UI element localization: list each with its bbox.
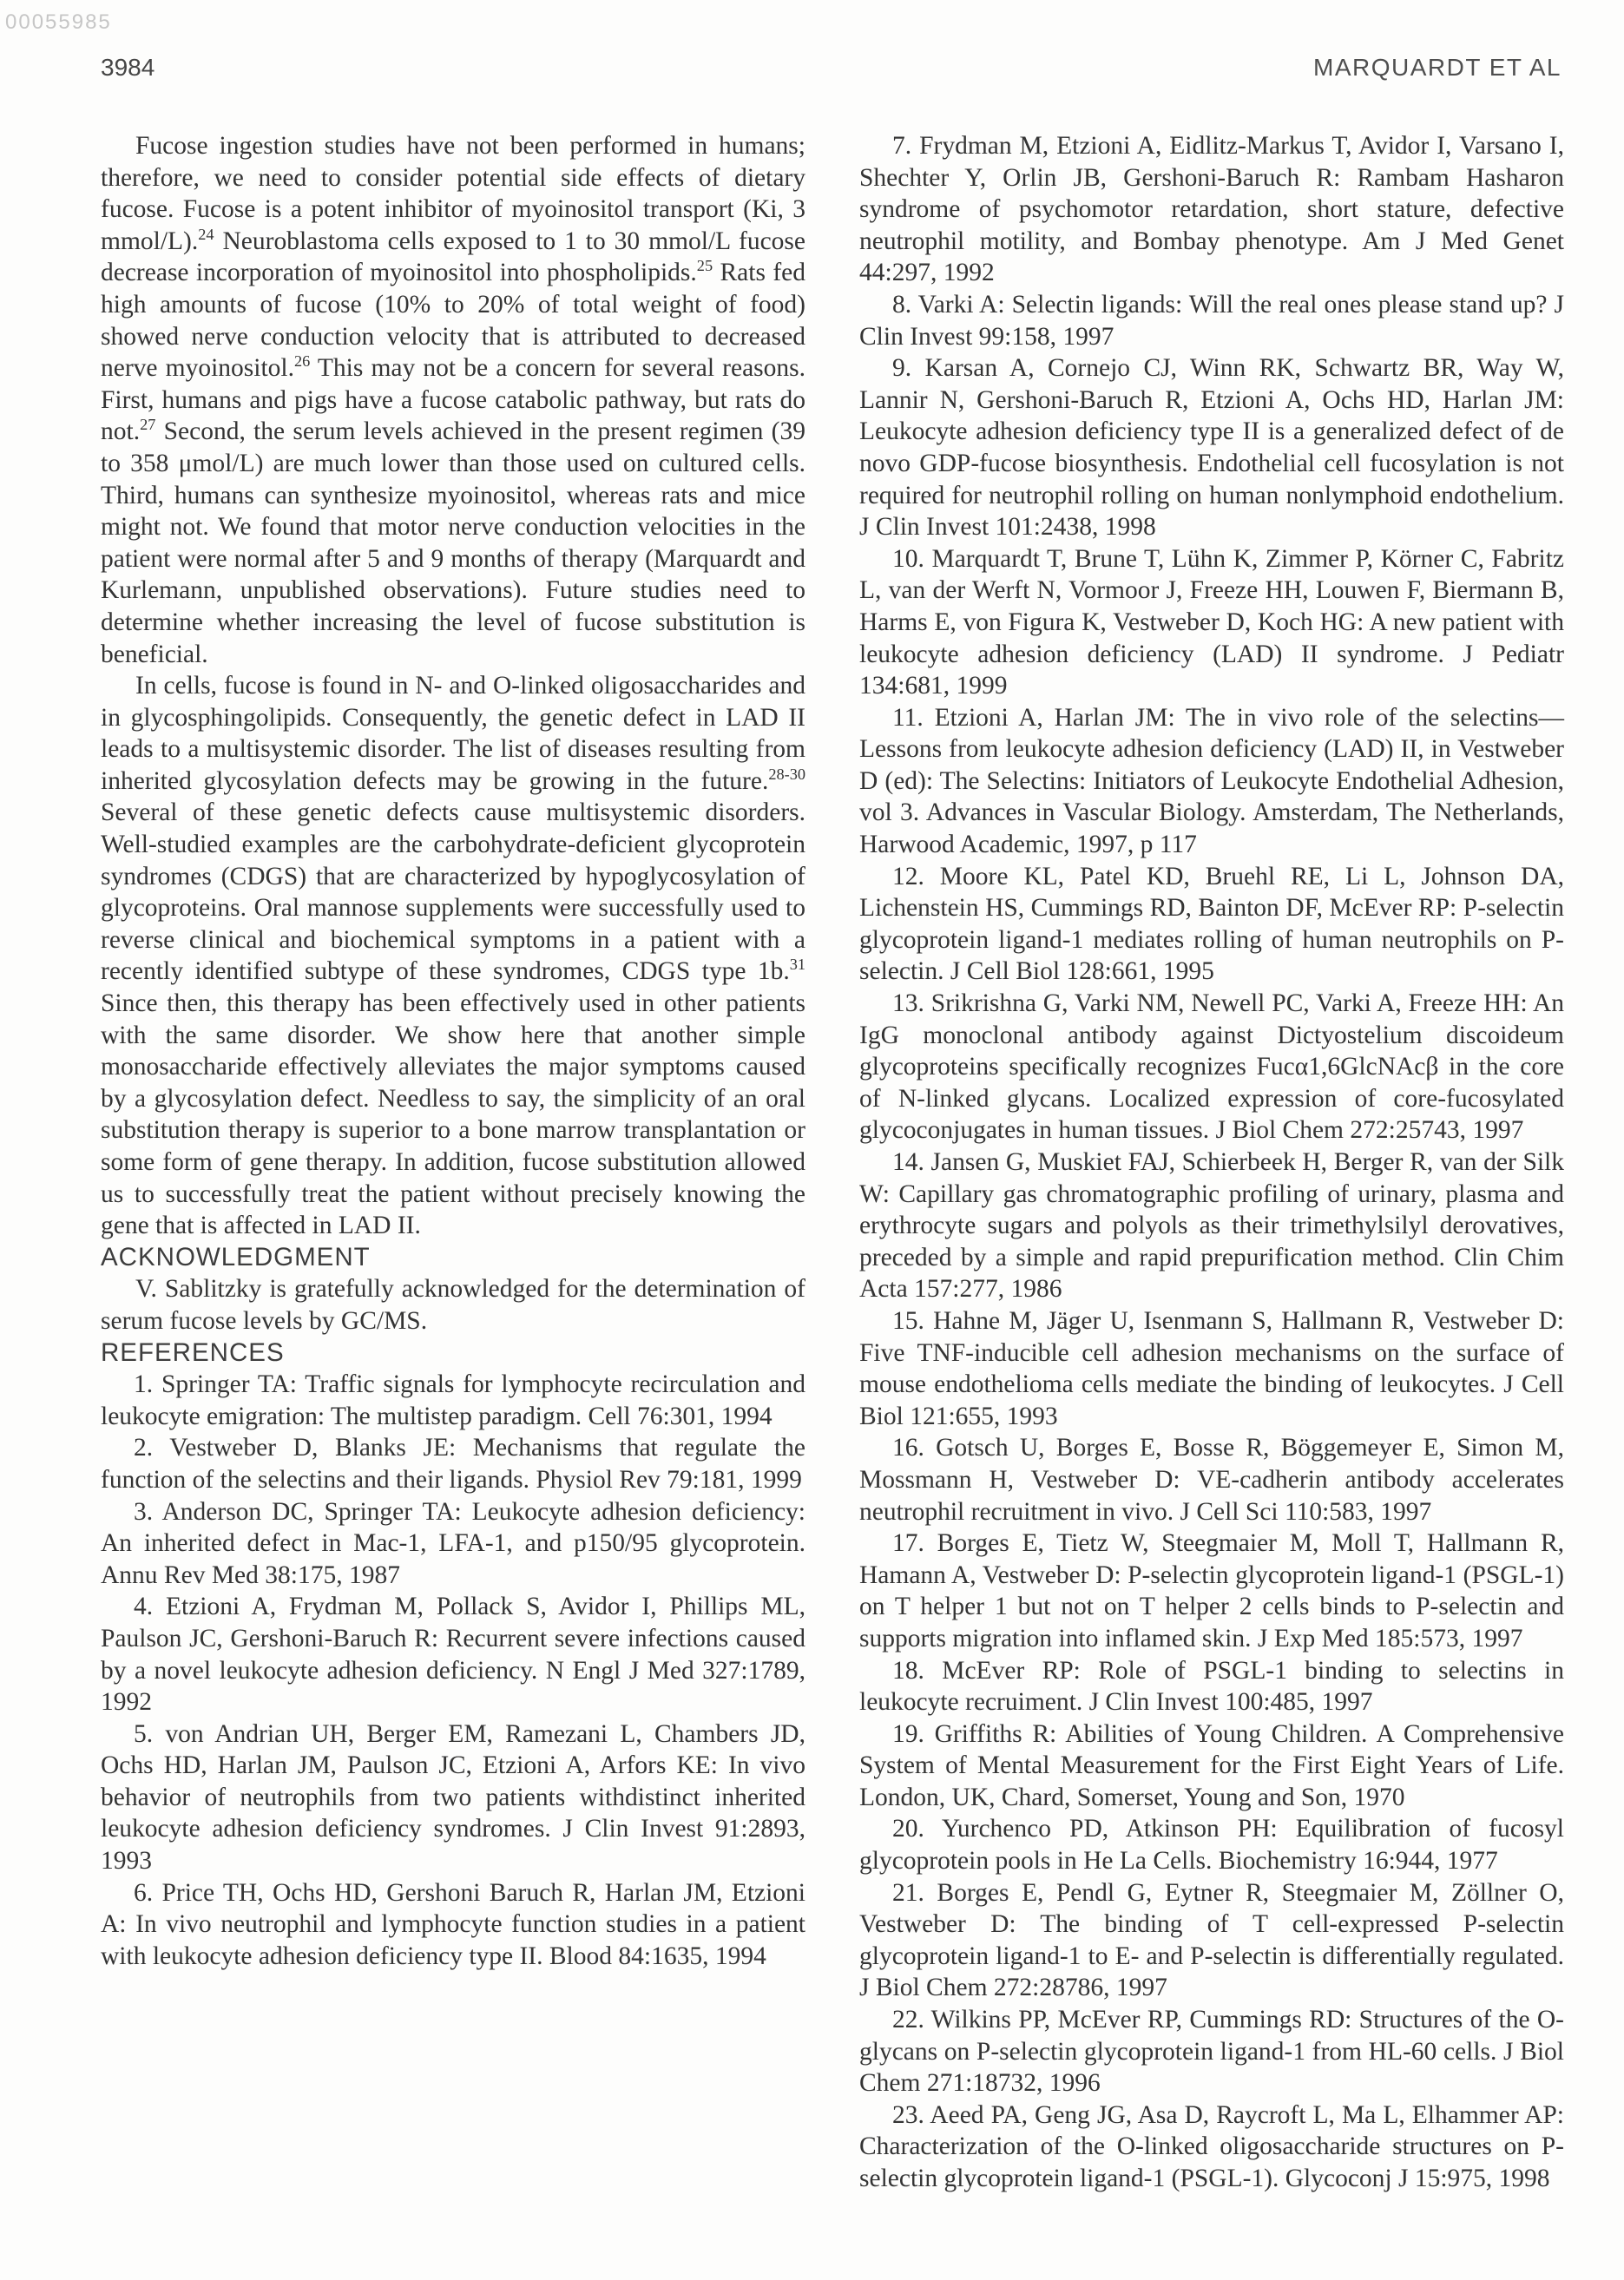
reference-item: 4. Etzioni A, Frydman M, Pollack S, Avid… <box>101 1591 805 1718</box>
reference-item: 20. Yurchenco PD, Atkinson PH: Equilibra… <box>859 1813 1564 1876</box>
references-list-right: 7. Frydman M, Etzioni A, Eidlitz-Markus … <box>859 130 1564 2195</box>
reference-item: 18. McEver RP: Role of PSGL-1 binding to… <box>859 1655 1564 1718</box>
reference-item: 11. Etzioni A, Harlan JM: The in vivo ro… <box>859 702 1564 861</box>
references-list-left: 1. Springer TA: Traffic signals for lymp… <box>101 1369 805 1972</box>
reference-item: 14. Jansen G, Muskiet FAJ, Schierbeek H,… <box>859 1147 1564 1305</box>
reference-item: 7. Frydman M, Etzioni A, Eidlitz-Markus … <box>859 130 1564 289</box>
reference-item: 22. Wilkins PP, McEver RP, Cummings RD: … <box>859 2004 1564 2099</box>
acknowledgment-text: V. Sablitzky is gratefully acknowledged … <box>101 1273 805 1337</box>
two-column-content: Fucose ingestion studies have not been p… <box>0 130 1624 2195</box>
reference-item: 21. Borges E, Pendl G, Eytner R, Steegma… <box>859 1877 1564 2004</box>
reference-item: 5. von Andrian UH, Berger EM, Ramezani L… <box>101 1718 805 1877</box>
reference-item: 3. Anderson DC, Springer TA: Leukocyte a… <box>101 1496 805 1592</box>
reference-item: 23. Aeed PA, Geng JG, Asa D, Raycroft L,… <box>859 2099 1564 2195</box>
page-header: 3984 MARQUARDT ET AL <box>0 54 1624 82</box>
reference-item: 6. Price TH, Ochs HD, Gershoni Baruch R,… <box>101 1877 805 1973</box>
body-paragraph: Fucose ingestion studies have not been p… <box>101 130 805 670</box>
reference-item: 2. Vestweber D, Blanks JE: Mechanisms th… <box>101 1432 805 1495</box>
body-paragraph: In cells, fucose is found in N- and O-li… <box>101 670 805 1242</box>
page-number: 3984 <box>101 54 155 82</box>
reference-item: 10. Marquardt T, Brune T, Lühn K, Zimmer… <box>859 543 1564 702</box>
reference-item: 12. Moore KL, Patel KD, Bruehl RE, Li L,… <box>859 861 1564 988</box>
left-column: Fucose ingestion studies have not been p… <box>101 130 805 2195</box>
acknowledgment-heading: ACKNOWLEDGMENT <box>101 1242 805 1274</box>
reference-item: 8. Varki A: Selectin ligands: Will the r… <box>859 289 1564 352</box>
reference-item: 1. Springer TA: Traffic signals for lymp… <box>101 1369 805 1432</box>
reference-item: 19. Griffiths R: Abilities of Young Chil… <box>859 1718 1564 1814</box>
reference-item: 17. Borges E, Tietz W, Steegmaier M, Mol… <box>859 1528 1564 1654</box>
reference-item: 13. Srikrishna G, Varki NM, Newell PC, V… <box>859 988 1564 1147</box>
reference-item: 15. Hahne M, Jäger U, Isenmann S, Hallma… <box>859 1305 1564 1432</box>
scan-watermark: 00055985 <box>5 10 112 35</box>
references-heading: REFERENCES <box>101 1337 805 1370</box>
reference-item: 16. Gotsch U, Borges E, Bosse R, Böggeme… <box>859 1432 1564 1528</box>
running-head: MARQUARDT ET AL <box>1313 54 1562 82</box>
reference-item: 9. Karsan A, Cornejo CJ, Winn RK, Schwar… <box>859 352 1564 543</box>
page-root: 00055985 3984 MARQUARDT ET AL Fucose ing… <box>0 54 1624 2195</box>
right-column: 7. Frydman M, Etzioni A, Eidlitz-Markus … <box>859 130 1564 2195</box>
